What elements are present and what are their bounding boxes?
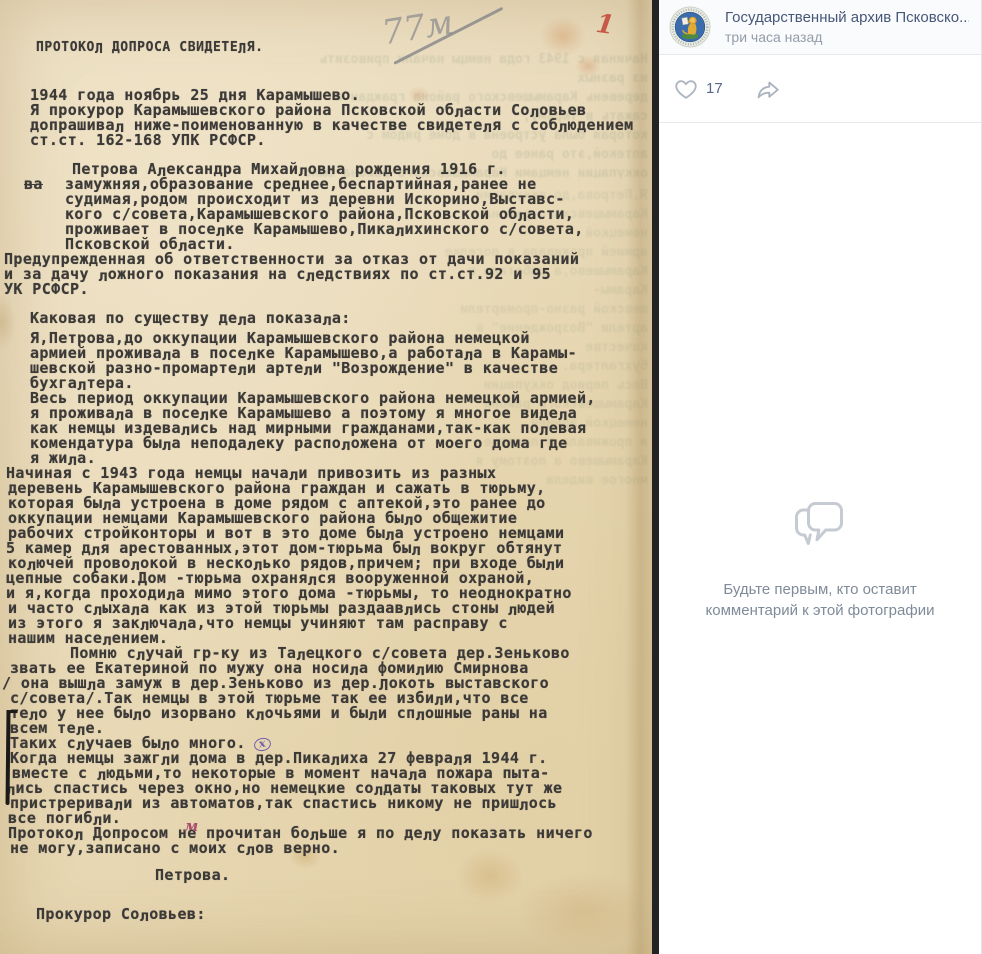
owner-header: Государственный архив Псковско... три ча… (659, 0, 981, 55)
heart-icon (673, 76, 699, 102)
document-line: не могу,записано с моих слов верно. (10, 841, 652, 856)
share-arrow-icon (755, 76, 781, 102)
paper-stain (455, 848, 525, 903)
speech-bubbles-icon (791, 495, 849, 553)
viewer-background-strip (652, 0, 659, 954)
like-count: 17 (706, 80, 723, 97)
document-line: ст.ст. 162-168 УПК РСФСР. (30, 133, 652, 148)
group-avatar[interactable] (669, 6, 711, 48)
share-button[interactable] (755, 76, 781, 102)
comments-empty-text: Будьте первым, кто оставит комментарий к… (706, 579, 935, 621)
comments-empty-line2: комментарий к этой фотографии (706, 600, 935, 621)
photo-document[interactable]: Начиная с 1943 года немцы начали привози… (0, 0, 652, 954)
like-button[interactable]: 17 (673, 76, 723, 102)
group-name-link[interactable]: Государственный архив Псковско... (725, 9, 969, 26)
photo-viewer: Начиная с 1943 года немцы начали привози… (0, 0, 982, 954)
handwritten-insertion: м (184, 817, 199, 835)
document-line: и за дачу ложного показания на следствия… (4, 267, 652, 282)
paper-stain (540, 16, 586, 56)
archive-seal-logo (669, 6, 711, 48)
document-line: тело у нее было изорвано клочьями и были… (10, 706, 652, 721)
red-page-number: 1 (594, 9, 616, 41)
owner-texts: Государственный архив Псковско... три ча… (725, 9, 969, 45)
document-line: из этого я заключала,что немцы учиняют т… (8, 616, 652, 631)
document-title: ПРОТОКОЛ ДОПРОСА СВИДЕТЕЛЯ. (36, 40, 264, 55)
document-line: комендатура была неподалеку расположена … (30, 436, 652, 451)
pencil-scribble-annotation: 77м (379, 3, 456, 54)
actions-row: 17 (659, 55, 981, 123)
comments-empty-line1: Будьте первым, кто оставит (706, 579, 935, 600)
prosecutor-signature-line: Прокурор Соловьев: (36, 905, 206, 923)
document-lines: 1944 года ноябрь 25 дня Карамышево.Я про… (0, 88, 652, 856)
comments-empty-state: Будьте первым, кто оставит комментарий к… (706, 495, 935, 621)
comments-section: Будьте первым, кто оставит комментарий к… (659, 125, 981, 954)
document-line: Каковая по существу дела показала: (30, 311, 652, 326)
struck-out-prefix: ва (24, 177, 43, 192)
witness-signature: Петрова. (155, 866, 230, 884)
document-line: УК РСФСР. (4, 282, 652, 297)
paper-stain (575, 55, 601, 77)
paper-stain (518, 872, 648, 950)
photo-timestamp: три часа назад (725, 29, 969, 45)
photo-info-panel: Государственный архив Псковско... три ча… (659, 0, 982, 954)
